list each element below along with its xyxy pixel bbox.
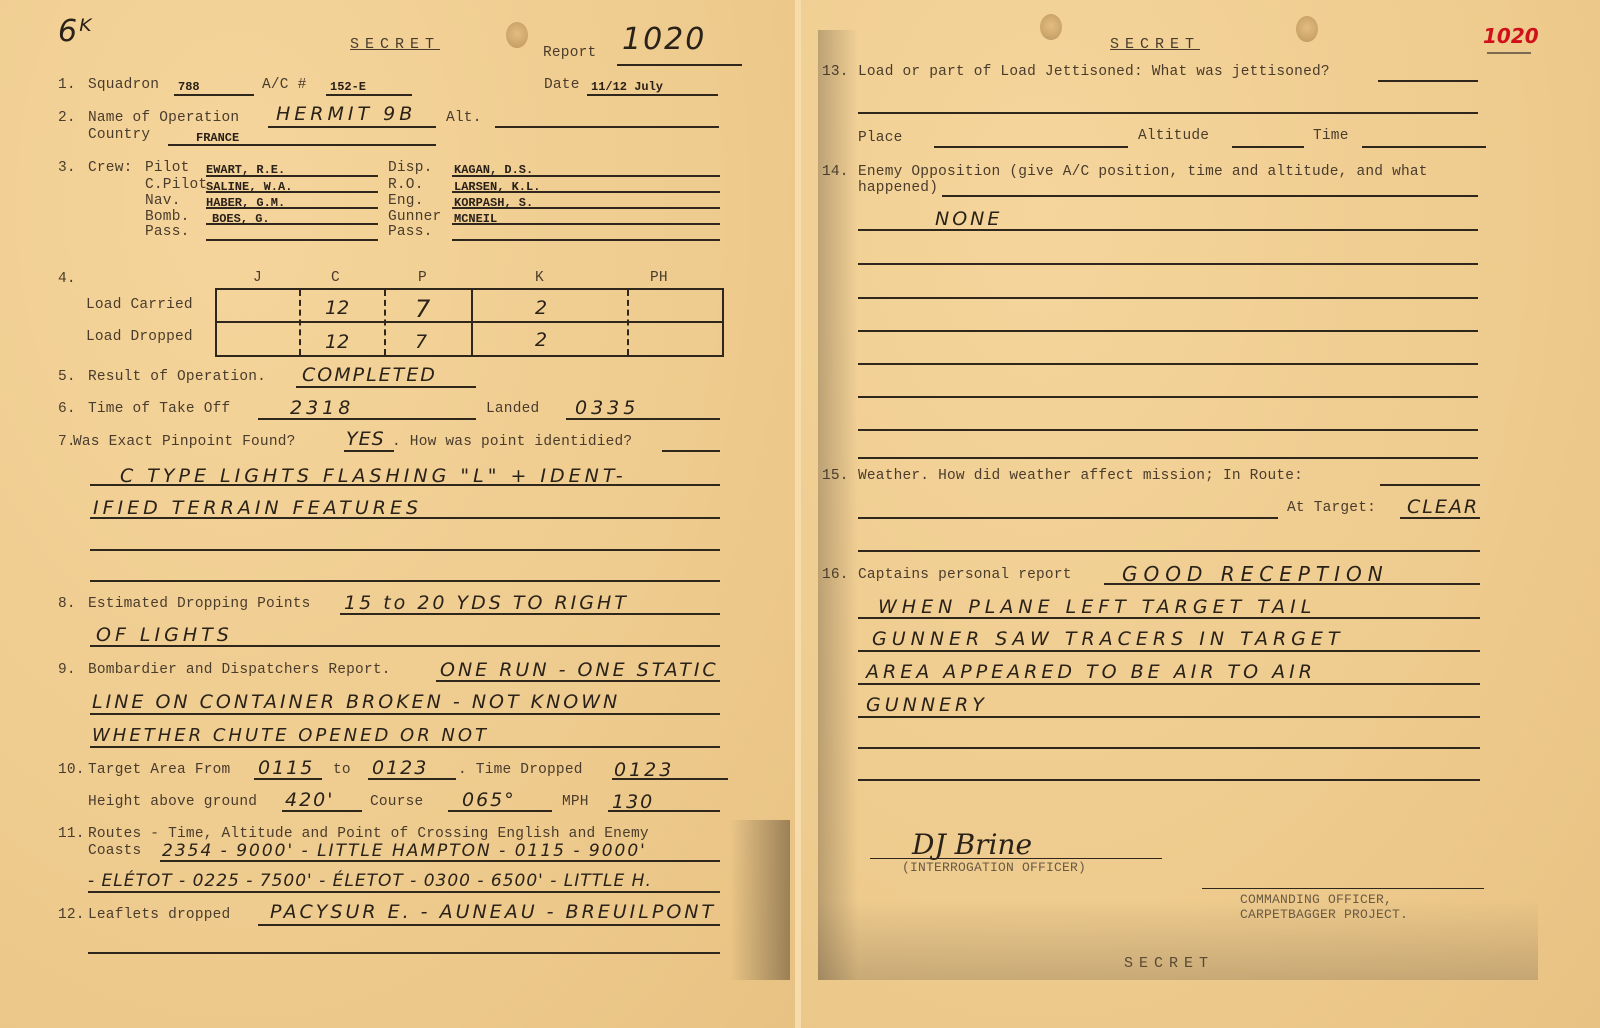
classification-header: SECRET	[350, 36, 440, 53]
altitude-field[interactable]	[1232, 146, 1304, 148]
country-label: Country	[88, 127, 150, 143]
rule	[858, 263, 1478, 265]
q9-number: 9.	[58, 662, 76, 678]
table-divider	[471, 290, 473, 355]
rule	[90, 484, 720, 486]
dropping-points-line[interactable]: 15 to 20 YDS TO RIGHT	[344, 592, 629, 614]
crew-role: Nav.	[145, 193, 181, 209]
rule	[566, 418, 720, 420]
q6-number: 6.	[58, 401, 76, 417]
result-label: Result of Operation.	[88, 369, 266, 385]
report-number: 1020	[622, 22, 706, 57]
jettisoned-field[interactable]	[1378, 80, 1478, 82]
dropping-points-line[interactable]: OF LIGHTS	[96, 624, 233, 646]
rule	[858, 747, 1480, 749]
rule	[452, 191, 720, 193]
load-table	[215, 288, 724, 357]
pinpoint-found-value[interactable]: YES	[346, 428, 385, 450]
classification-footer: SECRET	[1124, 955, 1214, 972]
crew-role: Eng.	[388, 193, 424, 209]
rule	[258, 418, 476, 420]
rule	[282, 810, 362, 812]
rule	[326, 94, 412, 96]
landed-value[interactable]: 0335	[575, 397, 639, 419]
q2-number: 2.	[58, 110, 76, 126]
table-divider	[299, 290, 301, 355]
q12-number: 12.	[58, 907, 85, 923]
rule	[858, 550, 1480, 552]
table-divider	[217, 321, 722, 323]
crew-role: C.Pilot	[145, 177, 207, 193]
rule	[448, 810, 552, 812]
dropping-points-label: Estimated Dropping Points	[88, 596, 311, 612]
takeoff-value[interactable]: 2318	[290, 397, 354, 419]
to-label: to	[333, 762, 351, 778]
rule	[90, 746, 720, 748]
captains-report-line[interactable]: AREA APPEARED TO BE AIR TO AIR	[866, 661, 1316, 683]
q14-number: 14.	[822, 164, 849, 180]
table-cell[interactable]: 2	[535, 297, 547, 319]
classification-header: SECRET	[1110, 36, 1200, 53]
interrogation-officer-signature: DJ Brine	[912, 828, 1032, 861]
rule	[612, 778, 728, 780]
column-header: P	[418, 270, 427, 286]
rule	[942, 195, 1478, 197]
column-header: C	[331, 270, 340, 286]
routes-line[interactable]: - ELÉTOT - 0225 - 7500' - ÉLETOT - 0300 …	[88, 871, 652, 891]
report-page-left: 6ᴷ SECRET Report 1020 1. Squadron 788 A/…	[0, 0, 795, 1028]
captains-report-line[interactable]: WHEN PLANE LEFT TARGET TAIL	[878, 596, 1316, 618]
takeoff-label: Time of Take Off	[88, 401, 230, 417]
target-from-value[interactable]: 0115	[258, 757, 314, 779]
ac-label: A/C #	[262, 77, 307, 93]
captains-report-label: Captains personal report	[858, 567, 1072, 583]
mph-label: MPH	[562, 794, 589, 810]
corner-mark: 6ᴷ	[58, 14, 93, 49]
landed-label: Landed	[486, 401, 539, 417]
punch-hole	[1040, 14, 1062, 40]
rule	[858, 297, 1478, 299]
rule	[206, 239, 378, 241]
captains-report-line[interactable]: GUNNERY	[866, 694, 988, 716]
rule	[608, 810, 720, 812]
rule	[858, 517, 1278, 519]
column-header: K	[535, 270, 544, 286]
squadron-value[interactable]: 788	[178, 80, 200, 94]
enemy-opposition-label-2: happened)	[858, 180, 938, 196]
q15-number: 15.	[822, 468, 849, 484]
q8-number: 8.	[58, 596, 76, 612]
rule	[90, 517, 720, 519]
enemy-opposition-label: Enemy Opposition (give A/C position, tim…	[858, 164, 1428, 180]
country-value[interactable]: FRANCE	[196, 131, 239, 145]
table-cell[interactable]: 7	[415, 331, 427, 353]
date-value[interactable]: 11/12 July	[591, 80, 663, 94]
rule	[858, 457, 1478, 459]
pinpoint-label: Was Exact Pinpoint Found?	[73, 434, 296, 450]
rule	[452, 223, 720, 225]
jettisoned-label: Load or part of Load Jettisoned: What wa…	[858, 64, 1330, 80]
time-field[interactable]	[1362, 146, 1486, 148]
squadron-label: Squadron	[88, 77, 159, 93]
rule	[617, 64, 742, 66]
date-label: Date	[544, 77, 580, 93]
rule	[206, 191, 378, 193]
altitude-label: Altitude	[1138, 128, 1209, 144]
identified-label: . How was point identidied?	[392, 434, 632, 450]
rule	[858, 716, 1480, 718]
column-header: J	[253, 270, 262, 286]
routes-label: Routes - Time, Altitude and Point of Cro…	[88, 826, 649, 842]
rule	[1400, 517, 1480, 519]
crew-role: Disp.	[388, 160, 433, 176]
q11-number: 11.	[58, 826, 85, 842]
q5-number: 5.	[58, 369, 76, 385]
place-field[interactable]	[934, 146, 1128, 148]
rule	[258, 924, 720, 926]
place-label: Place	[858, 130, 903, 146]
q4-number: 4.	[58, 271, 76, 287]
rule	[168, 144, 436, 146]
alt-label: Alt.	[446, 110, 482, 126]
bombardier-report-line[interactable]: WHETHER CHUTE OPENED OR NOT	[92, 725, 489, 746]
weather-label: Weather. How did weather affect mission;…	[858, 468, 1303, 484]
q10-number: 10.	[58, 762, 85, 778]
in-route-field[interactable]	[1380, 484, 1480, 486]
leaflets-line[interactable]: PACYSUR E. - AUNEAU - BREUILPONT	[270, 901, 716, 923]
course-label: Course	[370, 794, 423, 810]
height-label: Height above ground	[88, 794, 257, 810]
rule	[174, 94, 254, 96]
q3-number: 3.	[58, 160, 76, 176]
target-to-value[interactable]: 0123	[372, 757, 428, 779]
table-divider	[384, 290, 386, 355]
rule	[90, 549, 720, 551]
rule	[90, 580, 720, 582]
table-cell[interactable]: 7	[415, 295, 430, 323]
coasts-label: Coasts	[88, 843, 141, 859]
result-value[interactable]: COMPLETED	[302, 364, 437, 386]
captains-report-line[interactable]: GUNNER SAW TRACERS IN TARGET	[872, 628, 1344, 650]
rule	[206, 223, 378, 225]
crew-role: Pilot	[145, 160, 190, 176]
rule	[206, 175, 378, 177]
rule	[858, 429, 1478, 431]
time-label: Time	[1313, 128, 1349, 144]
leaflets-label: Leaflets dropped	[88, 907, 230, 923]
crew-role: Pass.	[388, 224, 433, 240]
crew-role: Pass.	[145, 224, 190, 240]
scan-shadow	[730, 820, 790, 980]
rule	[160, 860, 720, 862]
rule	[858, 396, 1478, 398]
rule	[858, 229, 1478, 231]
ac-value[interactable]: 152-E	[330, 80, 366, 94]
rule	[296, 386, 476, 388]
q16-number: 16.	[822, 567, 849, 583]
time-dropped-label: . Time Dropped	[458, 762, 583, 778]
rule	[858, 112, 1478, 114]
routes-line[interactable]: 2354 - 9000' - LITTLE HAMPTON - 0115 - 9…	[162, 841, 647, 861]
crew-role: R.O.	[388, 177, 424, 193]
rule	[268, 126, 436, 128]
rule	[858, 617, 1480, 619]
rule	[858, 363, 1478, 365]
at-target-label: At Target:	[1287, 500, 1376, 516]
rule	[587, 94, 718, 96]
commanding-officer-label: COMMANDING OFFICER,	[1240, 892, 1392, 907]
table-cell[interactable]: 2	[535, 329, 547, 351]
rule	[90, 713, 720, 715]
rule	[452, 207, 720, 209]
rule	[858, 330, 1478, 332]
bombardier-report-line[interactable]: ONE RUN - ONE STATIC	[440, 659, 719, 681]
rule	[206, 207, 378, 209]
punch-hole	[506, 22, 528, 48]
bombardier-report-line[interactable]: LINE ON CONTAINER BROKEN - NOT KNOWN	[92, 691, 620, 713]
at-target-value[interactable]: CLEAR	[1407, 496, 1479, 518]
bombardier-report-label: Bombardier and Dispatchers Report.	[88, 662, 391, 678]
rule	[88, 952, 720, 954]
rule	[858, 683, 1480, 685]
alt-field[interactable]	[495, 126, 719, 128]
punch-hole	[1296, 16, 1318, 42]
rule	[88, 891, 720, 893]
crew-role: Gunner	[388, 209, 441, 225]
q1-number: 1.	[58, 77, 76, 93]
rule	[1104, 583, 1480, 585]
crew-label: Crew:	[88, 160, 133, 176]
table-cell[interactable]: 12	[325, 331, 349, 353]
rule	[452, 175, 720, 177]
identified-answer-line[interactable]: IFIED TERRAIN FEATURES	[93, 497, 422, 519]
row-label: Load Carried	[86, 297, 193, 313]
row-label: Load Dropped	[86, 329, 193, 345]
report-label: Report	[543, 45, 596, 61]
rule	[368, 778, 456, 780]
rule	[858, 779, 1480, 781]
table-divider	[627, 290, 629, 355]
q13-number: 13.	[822, 64, 849, 80]
rule	[858, 650, 1480, 652]
rule	[90, 645, 720, 647]
rule	[436, 680, 720, 682]
rule	[344, 450, 394, 452]
column-header: PH	[650, 270, 668, 286]
rule	[340, 613, 720, 615]
crew-role: Bomb.	[145, 209, 190, 225]
height-value[interactable]: 420'	[285, 789, 335, 811]
operation-value[interactable]: HERMIT 9B	[276, 103, 416, 125]
rule	[1487, 52, 1531, 54]
signature-line	[870, 858, 1162, 859]
rule	[254, 778, 322, 780]
report-number-stamp: 1020	[1483, 24, 1539, 48]
course-value[interactable]: 065°	[462, 789, 516, 811]
interrogation-officer-label: (INTERROGATION OFFICER)	[902, 860, 1086, 875]
signature-line	[1202, 888, 1484, 889]
target-area-label: Target Area From	[88, 762, 230, 778]
rule	[662, 450, 720, 452]
operation-label: Name of Operation	[88, 110, 239, 126]
carpetbagger-project-label: CARPETBAGGER PROJECT.	[1240, 907, 1408, 922]
enemy-opposition-answer[interactable]: NONE	[935, 208, 1002, 230]
table-cell[interactable]: 12	[325, 297, 349, 319]
rule	[452, 239, 720, 241]
